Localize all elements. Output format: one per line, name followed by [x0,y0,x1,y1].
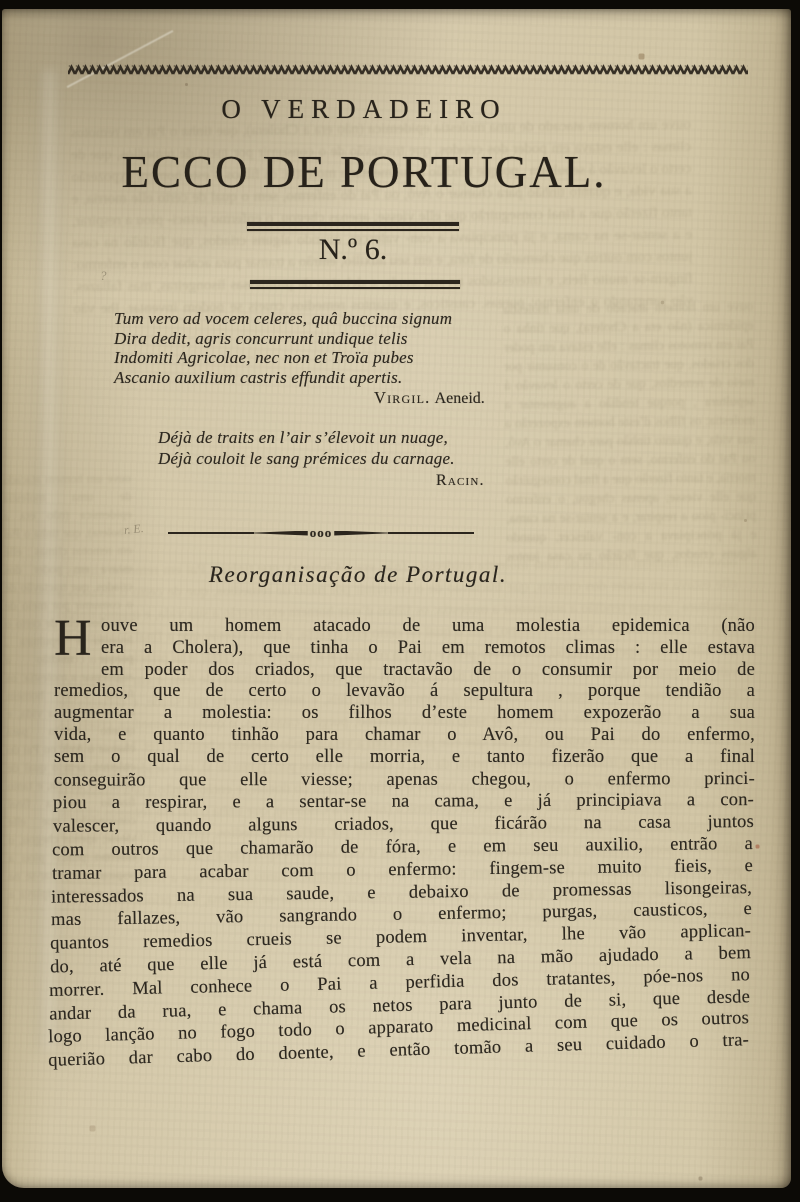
drop-cap: H [54,617,94,661]
issue-rule-top [247,222,459,231]
section-divider-ornament: ooo [168,527,474,539]
epigraph-line: Tum vero ad vocem celeres, quâ buccina s… [114,309,524,329]
ornament-line [388,532,474,534]
latin-attribution: Virgil. Aeneid. [374,388,485,408]
fox-spots [0,0,1,1]
pencil-mark: ? [100,268,107,284]
body-line: sem o qual de certo elle morria, e tanto… [54,747,755,769]
pen-mark: r. E. [123,521,144,538]
body-line: era a Cholera), que tinha o Pai em remot… [54,638,755,660]
french-epigraph: Déjà de traits en l’air s’élevoit un nua… [158,428,528,469]
epigraph-line: Ascanio auxilium castris effundit aperti… [114,368,524,388]
article-body: H ouve um homem atacado de uma molestia … [54,616,755,1052]
attribution-author: Racin. [436,472,485,489]
body-line: vida, e quanto tinhão para chamar o Avô,… [54,725,755,747]
ornament-taper [334,531,388,536]
french-attribution: Racin. [436,472,485,490]
epigraph-line: Déjà de traits en l’air s’élevoit un nua… [158,428,528,449]
scanned-page: { "page": { "masthead": { "line1": "O VE… [0,0,800,1202]
body-line: piou a respirar, e a sentar-se na cama, … [53,790,754,815]
ornament-circles: ooo [308,530,335,535]
issue-rule-bottom [250,280,460,289]
ornament-line [168,532,254,534]
latin-epigraph: Tum vero ad vocem celeres, quâ buccina s… [114,309,524,387]
body-line: remedios, que de certo o levavão á sepul… [54,681,755,703]
ornament-taper [254,531,308,536]
epigraph-line: Indomiti Agricolae, nec non et Troïa pub… [114,348,524,368]
attribution-author: Virgil. [374,388,430,407]
body-line: augmentar a molestia: os filhos d’este h… [54,703,755,725]
epigraph-line: Déjà couloit le sang prémices du carnage… [158,449,528,470]
masthead-line1: O VERDADEIRO [58,94,670,125]
body-line: em poder dos criados, que tractavão de o… [54,660,755,682]
body-line: ouve um homem atacado de uma molestia ep… [54,616,755,638]
section-title: Reorganisação de Portugal. [58,562,658,588]
masthead-line2: ECCO DE PORTUGAL. [58,146,670,198]
zigzag-rule-icon [68,62,748,78]
issue-number: N.º 6. [247,233,459,267]
body-line: conseguirão que elle viesse; apenas cheg… [54,769,755,792]
attribution-work: Aeneid. [435,390,485,407]
epigraph-line: Dira dedit, agris concurrunt undique tel… [114,329,524,349]
